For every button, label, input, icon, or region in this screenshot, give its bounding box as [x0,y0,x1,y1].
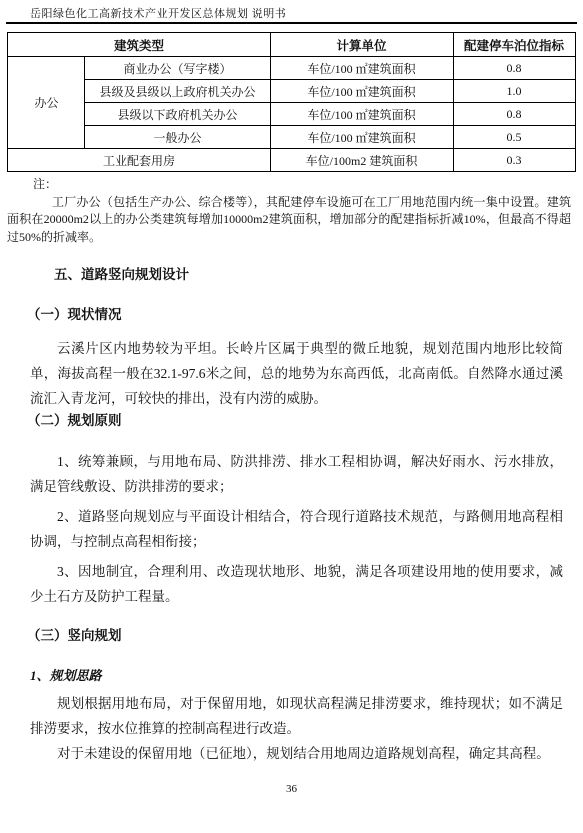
subsection-heading-vertical-planning: （三）竖向规划 [27,627,563,644]
indicator-cell: 0.8 [453,57,575,80]
building-type-cell: 工业配套用房 [8,149,270,172]
subsection-heading-planning-principles: （二）规划原则 [27,412,563,429]
paragraph-current-situation: 云溪片区内地势较为平坦。长岭片区属于典型的微丘地貌，规划范围内地形比较简单，海拔… [30,336,563,411]
table-header-row: 建筑类型 计算单位 配建停车泊位指标 [8,33,575,57]
building-type-cell: 商业办公（写字楼） [85,57,270,80]
paragraph-unbuilt-land: 对于未建设的保留用地（已征地），规划结合用地周边道路规划高程，确定其高程。 [30,741,563,766]
table-row: 一般办公 车位/100 ㎡建筑面积 0.5 [8,126,575,149]
table-note: 注： 工厂办公（包括生产办公、综合楼等），其配建停车设施可在工厂用地范围内统一集… [7,176,571,246]
table-header-indicator: 配建停车泊位指标 [453,33,575,57]
unit-cell: 车位/100 ㎡建筑面积 [270,126,453,149]
unit-cell: 车位/100m2 建筑面积 [270,149,453,172]
note-text: 工厂办公（包括生产办公、综合楼等），其配建停车设施可在工厂用地范围内统一集中设置… [7,194,571,247]
table-row: 办公 商业办公（写字楼） 车位/100 ㎡建筑面积 0.8 [8,57,575,80]
note-label: 注： [7,176,571,194]
page-number: 36 [0,782,583,796]
indicator-cell: 0.8 [453,103,575,126]
table-header-unit: 计算单位 [270,33,453,57]
indicator-cell: 1.0 [453,80,575,103]
building-type-cell: 县级及县级以上政府机关办公 [85,80,270,103]
minor-heading-planning-approach: 1、规划思路 [30,667,563,684]
indicator-cell: 0.3 [453,149,575,172]
table-row: 工业配套用房 车位/100m2 建筑面积 0.3 [8,149,575,172]
table-group-office: 办公 [8,57,85,149]
parking-standards-table: 建筑类型 计算单位 配建停车泊位指标 办公 商业办公（写字楼） 车位/100 ㎡… [7,32,575,172]
section-heading-road-vertical-planning: 五、道路竖向规划设计 [54,267,563,283]
table-row: 县级以下政府机关办公 车位/100 ㎡建筑面积 0.8 [8,103,575,126]
unit-cell: 车位/100 ㎡建筑面积 [270,80,453,103]
document-page: 岳阳绿色化工高新技术产业开发区总体规划 说明书 建筑类型 计算单位 配建停车泊位… [0,0,583,833]
building-type-cell: 县级以下政府机关办公 [85,103,270,126]
document-title: 岳阳绿色化工高新技术产业开发区总体规划 说明书 [30,8,286,20]
subsection-heading-current-situation: （一）现状情况 [27,306,563,323]
paragraph-planning-approach: 规划根据用地布局，对于保留用地，如现状高程满足排涝要求，维持现状；如不满足排涝要… [30,691,563,741]
building-type-cell: 一般办公 [85,126,270,149]
running-header: 岳阳绿色化工高新技术产业开发区总体规划 说明书 [6,0,577,24]
principle-item-1: 1、统筹兼顾，与用地布局、防洪排涝、排水工程相协调，解决好雨水、污水排放，满足管… [30,449,563,499]
principle-item-3: 3、因地制宜，合理利用、改造现状地形、地貌，满足各项建设用地的使用要求，减少土石… [30,559,563,609]
table-header-building-type: 建筑类型 [8,33,270,57]
table-row: 县级及县级以上政府机关办公 车位/100 ㎡建筑面积 1.0 [8,80,575,103]
indicator-cell: 0.5 [453,126,575,149]
principle-item-2: 2、道路竖向规划应与平面设计相结合，符合现行道路技术规范，与路侧用地高程相协调，… [30,504,563,554]
unit-cell: 车位/100 ㎡建筑面积 [270,57,453,80]
unit-cell: 车位/100 ㎡建筑面积 [270,103,453,126]
